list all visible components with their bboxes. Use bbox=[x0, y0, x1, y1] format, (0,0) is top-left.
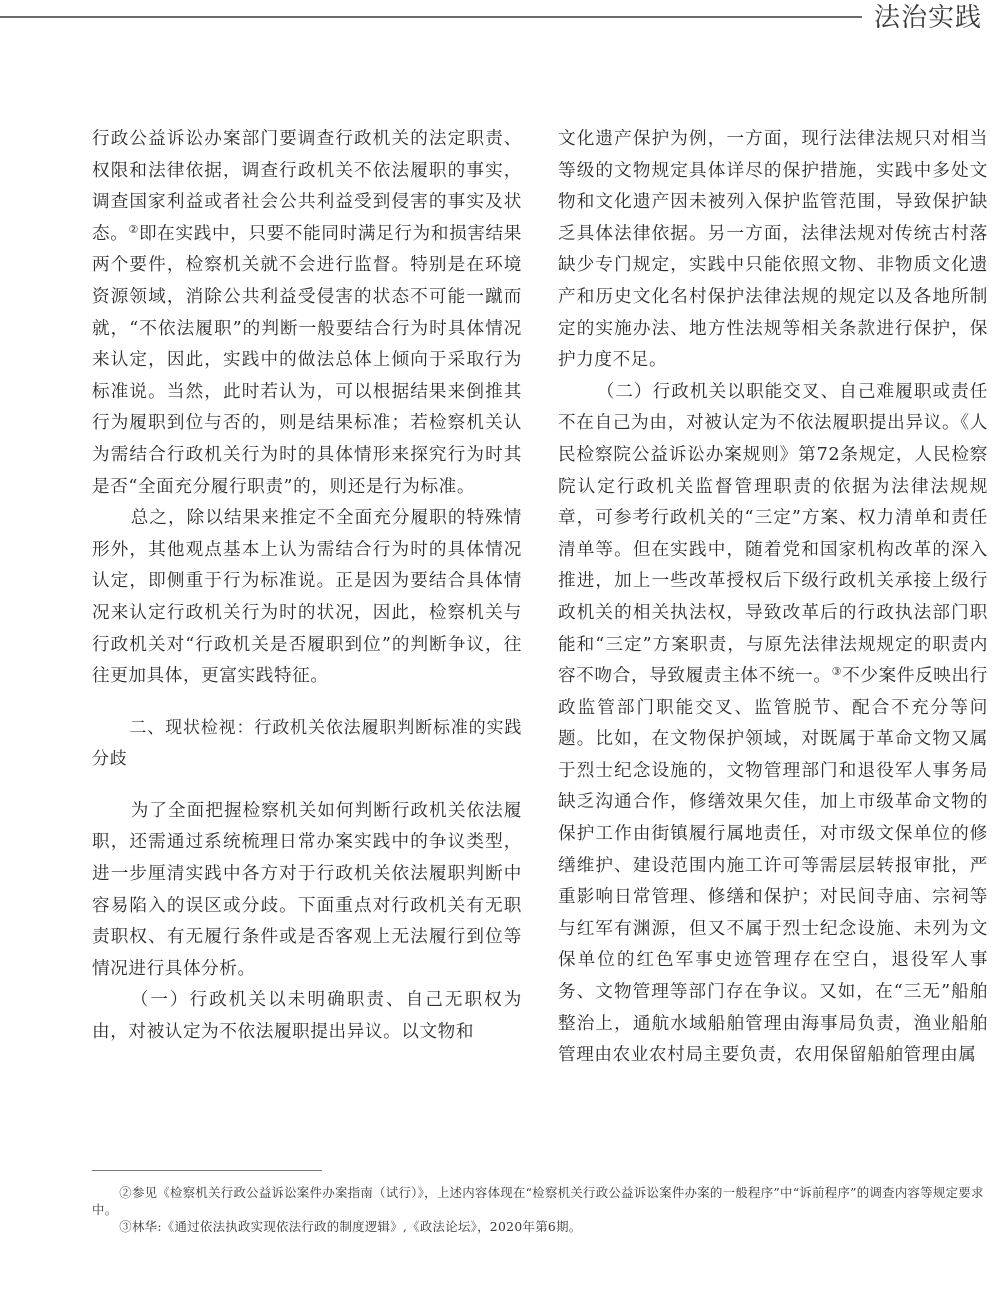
paragraph-text: 即在实践中，只要不能同时满足行为和损害结果两个要件，检察机关就不会进行监督。特别… bbox=[92, 224, 522, 497]
footnote-ref-2[interactable]: ② bbox=[128, 223, 139, 236]
footnotes: ②参见《检察机关行政公益诉讼案件办案指南（试行）》，上述内容体现在“检察机关行政… bbox=[92, 1184, 992, 1235]
header-rule bbox=[0, 16, 862, 18]
footnote-ref-3[interactable]: ③ bbox=[832, 665, 843, 678]
paragraph: （二）行政机关以职能交叉、自己难履职或责任不在自己为由，对被认定为不依法履职提出… bbox=[558, 377, 988, 1072]
paragraph: 总之，除以结果来推定不全面充分履职的特殊情形外，其他观点基本上认为需结合行为时的… bbox=[92, 503, 522, 693]
paragraph: （一）行政机关以未明确职责、自己无职权为由，对被认定为不依法履职提出异议。以文物… bbox=[92, 985, 522, 1048]
paragraph: 行政公益诉讼办案部门要调查行政机关的法定职责、权限和法律依据，调查行政机关不依法… bbox=[92, 124, 522, 503]
paragraph: 为了全面把握检察机关如何判断行政机关依法履职，还需通过系统梳理日常办案实践中的争… bbox=[92, 796, 522, 986]
footnote-rule bbox=[92, 1170, 322, 1171]
left-column: 行政公益诉讼办案部门要调查行政机关的法定职责、权限和法律依据，调查行政机关不依法… bbox=[92, 124, 522, 1049]
paragraph: 文化遗产保护为例，一方面，现行法律法规只对相当等级的文物规定具体详尽的保护措施，… bbox=[558, 124, 988, 377]
right-column: 文化遗产保护为例，一方面，现行法律法规只对相当等级的文物规定具体详尽的保护措施，… bbox=[558, 124, 988, 1072]
section-label: 法治实践 bbox=[874, 2, 982, 34]
footnote-2: ②参见《检察机关行政公益诉讼案件办案指南（试行）》，上述内容体现在“检察机关行政… bbox=[92, 1184, 992, 1218]
paragraph-text: （二）行政机关以职能交叉、自己难履职或责任不在自己为由，对被认定为不依法履职提出… bbox=[558, 382, 988, 686]
footnote-3: ③林华:《通过依法执政实现依法行政的制度逻辑》,《政法论坛》，2020年第6期。 bbox=[92, 1218, 992, 1235]
paragraph-text: 不少案件反映出行政监管部门职能交叉、监管脱节、配合不充分等问题。比如，在文物保护… bbox=[558, 666, 988, 1065]
section-heading: 二、现状检视：行政机关依法履职判断标准的实践分歧 bbox=[92, 713, 522, 776]
